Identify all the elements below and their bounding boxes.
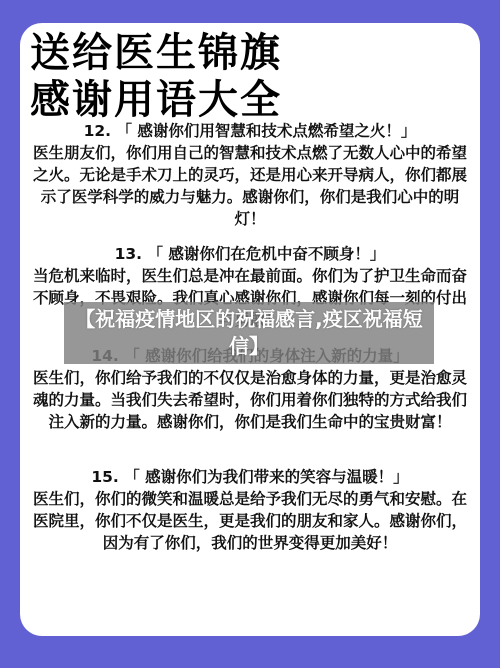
section-heading: 13. 「 感谢你们在危机中奋不顾身！」 bbox=[20, 243, 480, 265]
section-body: 医生朋友们，你们用自己的智慧和技术点燃了无数人心中的希望之火。无论是手术刀上的灵… bbox=[20, 142, 480, 230]
section-heading: 15. 「 感谢你们为我们带来的笑容与温暖！」 bbox=[20, 466, 480, 488]
section-12: 12. 「 感谢你们用智慧和技术点燃希望之火！」 医生朋友们，你们用自己的智慧和… bbox=[20, 120, 480, 230]
title-line-2: 感谢用语大全 bbox=[30, 77, 282, 124]
caption-overlay: 【祝福疫情地区的祝福感言,疫区祝福短信】 bbox=[64, 302, 434, 364]
section-heading: 12. 「 感谢你们用智慧和技术点燃希望之火！」 bbox=[20, 120, 480, 142]
title-line-1: 送给医生锦旗 bbox=[30, 30, 282, 77]
section-body: 医生们，你们给予我们的不仅仅是治愈身体的力量，更是治愈灵魂的力量。当我们失去希望… bbox=[20, 367, 480, 433]
section-15: 15. 「 感谢你们为我们带来的笑容与温暖！」 医生们，你们的微笑和温暖总是给予… bbox=[20, 466, 480, 554]
page-title: 送给医生锦旗 感谢用语大全 bbox=[30, 30, 282, 124]
section-body: 医生们，你们的微笑和温暖总是给予我们无尽的勇气和安慰。在医院里，你们不仅是医生，… bbox=[20, 488, 480, 554]
